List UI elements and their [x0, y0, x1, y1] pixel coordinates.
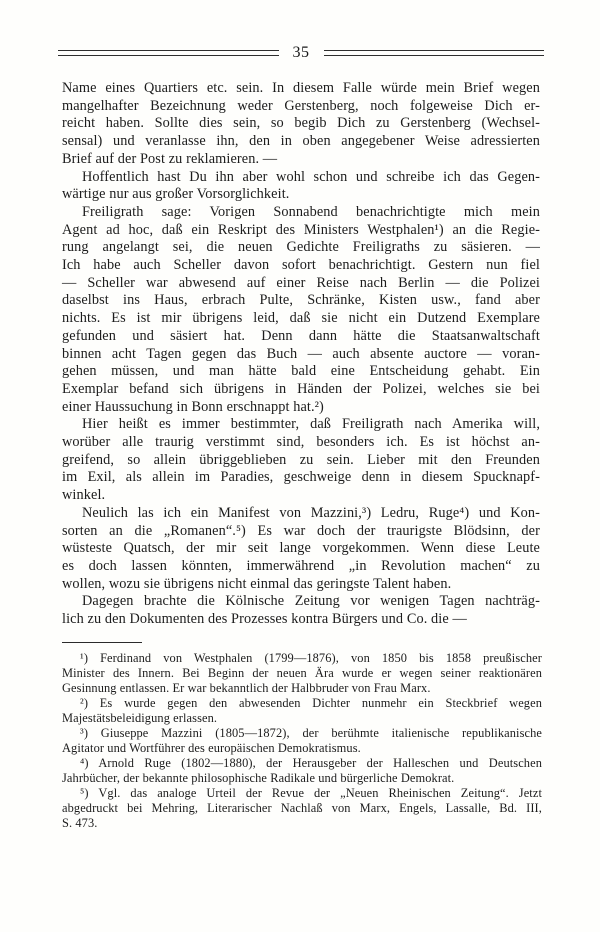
paragraph: Hoffentlich hast Du ihn aber wohl schon … [62, 169, 540, 204]
text-line: wärtige nur aus großer Vorsorglichkeit. [62, 186, 540, 204]
text-line: ³) Giuseppe Mazzini (1805—1872), der ber… [62, 726, 542, 741]
text-line: Minister des Innern. Bei Beginn der neue… [62, 666, 542, 681]
text-line: ⁵) Vgl. das analoge Urteil der Revue der… [62, 786, 542, 801]
text-line: Jahrbücher, der bekannte philosophische … [62, 771, 542, 786]
text-line: ¹) Ferdinand von Westphalen (1799—1876),… [62, 651, 542, 666]
text-line: worüber alle traurig verstimmt sind, bes… [62, 434, 540, 452]
paragraph: Dagegen brachte die Kölnische Zeitung vo… [62, 593, 540, 628]
text-line: binnen acht Tagen gegen das Buch — auch … [62, 346, 540, 364]
header-rule-right [324, 50, 545, 56]
text-line: Hoffentlich hast Du ihn aber wohl schon … [62, 169, 540, 187]
text-line: lich zu den Dokumenten des Prozesses kon… [62, 611, 540, 629]
body-text: Name eines Quartiers etc. sein. In diese… [62, 80, 540, 629]
paragraph: Neulich las ich ein Manifest von Mazzini… [62, 505, 540, 594]
text-line: gehen müssen, und man hätte bald eine En… [62, 363, 540, 381]
text-line: rung angelangt sei, die neuen Gedichte F… [62, 239, 540, 257]
text-line: wüsteste Quatsch, der mir seit lange vor… [62, 540, 540, 558]
text-line: Brief auf der Post zu reklamieren. — [62, 151, 540, 169]
page-header: 35 [0, 0, 600, 62]
text-line: winkel. [62, 487, 540, 505]
paragraph: Freiligrath sage: Vorigen Sonnabend bena… [62, 204, 540, 416]
text-line: Dagegen brachte die Kölnische Zeitung vo… [62, 593, 540, 611]
header-rule-left [58, 50, 279, 56]
text-line: Gesinnung entlassen. Er war bekanntlich … [62, 681, 542, 696]
text-line: — Scheller war abwesend auf einer Reise … [62, 275, 540, 293]
paragraph: Name eines Quartiers etc. sein. In diese… [62, 80, 540, 169]
text-line: Neulich las ich ein Manifest von Mazzini… [62, 505, 540, 523]
text-line: Ich habe auch Scheller davon sofort bena… [62, 257, 540, 275]
text-line: wollen, wozu sie übrigens nicht einmal d… [62, 576, 540, 594]
text-line: Exemplar befand sich übrigens in Händen … [62, 381, 540, 399]
text-line: mangelhafter Bezeichnung weder Gerstenbe… [62, 98, 540, 116]
text-line: greifend, so allein übriggeblieben zu se… [62, 452, 540, 470]
text-line: sensal) und veranlasse ihn, den in oben … [62, 133, 540, 151]
text-line: Freiligrath sage: Vorigen Sonnabend bena… [62, 204, 540, 222]
paragraph: Hier heißt es immer bestimmter, daß Frei… [62, 416, 540, 505]
page-number: 35 [293, 44, 310, 62]
text-line: abgedruckt bei Mehring, Literarischer Na… [62, 801, 542, 816]
paragraph: ²) Es wurde gegen den abwesenden Dichter… [62, 696, 542, 726]
text-line: Name eines Quartiers etc. sein. In diese… [62, 80, 540, 98]
footnote-separator [62, 642, 142, 643]
text-line: daselbst ins Haus, erbrach Pulte, Schrän… [62, 292, 540, 310]
text-line: es doch lassen könnten, immerwährend „in… [62, 558, 540, 576]
text-line: im Exil, als allein im Paradies, geschwe… [62, 469, 540, 487]
text-line: einer Haussuchung in Bonn erschnappt hat… [62, 399, 540, 417]
text-line: S. 473. [62, 816, 542, 831]
paragraph: ⁵) Vgl. das analoge Urteil der Revue der… [62, 786, 542, 831]
text-line: ²) Es wurde gegen den abwesenden Dichter… [62, 696, 542, 711]
text-line: ⁴) Arnold Ruge (1802—1880), der Herausge… [62, 756, 542, 771]
text-line: sorten an die „Romanen“.⁵) Es war doch d… [62, 523, 540, 541]
text-line: Majestätsbeleidigung erlassen. [62, 711, 542, 726]
text-line: reicht haben. Sollte dies sein, so begib… [62, 115, 540, 133]
paragraph: ³) Giuseppe Mazzini (1805—1872), der ber… [62, 726, 542, 756]
footnotes: ¹) Ferdinand von Westphalen (1799—1876),… [62, 651, 542, 831]
text-line: Hier heißt es immer bestimmter, daß Frei… [62, 416, 540, 434]
paragraph: ¹) Ferdinand von Westphalen (1799—1876),… [62, 651, 542, 696]
text-line: gefunden und säsiert hat. Denn dann hätt… [62, 328, 540, 346]
paragraph: ⁴) Arnold Ruge (1802—1880), der Herausge… [62, 756, 542, 786]
book-page: 35 Name eines Quartiers etc. sein. In di… [0, 0, 600, 932]
text-line: Agitator und Wortführer des europäischen… [62, 741, 542, 756]
text-line: Agent ad hoc, daß ein Reskript des Minis… [62, 222, 540, 240]
text-line: nichts. Es ist mir übrigens leid, daß si… [62, 310, 540, 328]
